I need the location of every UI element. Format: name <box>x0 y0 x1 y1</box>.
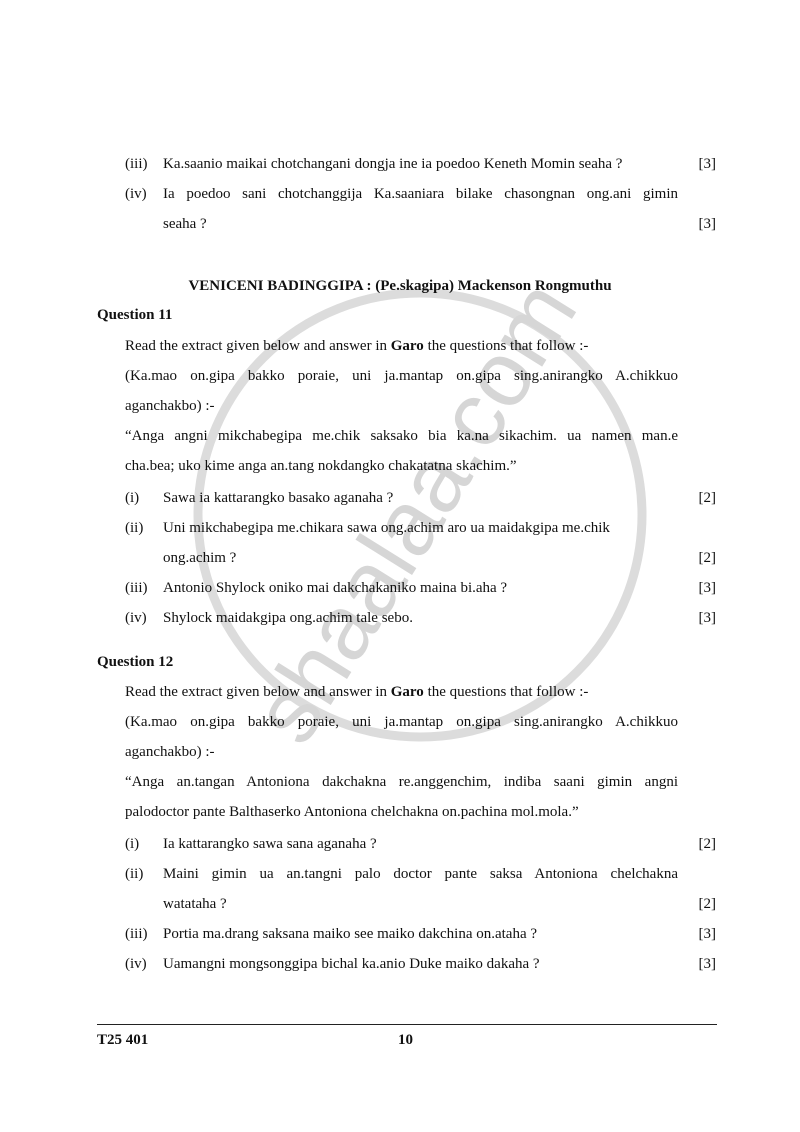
q12-instruction: Read the extract given below and answer … <box>125 682 678 702</box>
question-number: (ii) <box>125 518 143 538</box>
instruction-text: Read the extract given below and answer … <box>125 684 391 700</box>
paper-code: T25 401 <box>97 1030 148 1050</box>
q12-extract-cont: palodoctor pante Balthaserko Antoniona c… <box>125 802 678 822</box>
question-number: (iv) <box>125 954 147 974</box>
question-text-cont: watataha ? <box>163 894 227 914</box>
question-marks: [3] <box>699 578 717 598</box>
question-marks: [2] <box>699 548 717 568</box>
question-number: (ii) <box>125 864 143 884</box>
question-text: Antonio Shylock oniko mai dakchakaniko m… <box>163 578 507 598</box>
question-text: Sawa ia kattarangko basako aganaha ? <box>163 488 393 508</box>
q11-extract: “Anga angni mikchabegipa me.chik saksako… <box>125 426 678 446</box>
question-number: (iv) <box>125 184 147 204</box>
question-marks: [3] <box>699 924 717 944</box>
question-text: Uni mikchabegipa me.chikara sawa ong.ach… <box>163 518 610 538</box>
question-text: Maini gimin ua an.tangni palo doctor pan… <box>163 864 678 884</box>
question-number: (iii) <box>125 154 148 174</box>
question-text-cont: ong.achim ? <box>163 548 236 568</box>
q11-extract-cont: cha.bea; uko kime anga an.tang nokdangko… <box>125 456 678 476</box>
q12-note-cont: aganchakbo) :- <box>125 742 678 762</box>
question-text: Uamangni mongsonggipa bichal ka.anio Duk… <box>163 954 540 974</box>
question-marks: [3] <box>699 214 717 234</box>
q11-note: (Ka.mao on.gipa bakko poraie, uni ja.man… <box>125 366 678 386</box>
q12-extract: “Anga an.tangan Antoniona dakchakna re.a… <box>125 772 678 792</box>
question-number: (i) <box>125 834 139 854</box>
question-text: Ia poedoo sani chotchanggija Ka.saaniara… <box>163 184 678 204</box>
question-text: Ka.saanio maikai chotchangani dongja ine… <box>163 154 622 174</box>
instruction-text: the questions that follow :- <box>424 338 589 354</box>
question-number: (iv) <box>125 608 147 628</box>
q11-instruction: Read the extract given below and answer … <box>125 336 678 356</box>
question-11-title: Question 11 <box>97 305 172 325</box>
question-number: (i) <box>125 488 139 508</box>
question-text-cont: seaha ? <box>163 214 207 234</box>
question-12-title: Question 12 <box>97 652 173 672</box>
question-marks: [3] <box>699 954 717 974</box>
instruction-language: Garo <box>391 684 424 700</box>
page-number: 10 <box>398 1030 413 1050</box>
question-marks: [3] <box>699 154 717 174</box>
instruction-text: the questions that follow :- <box>424 684 589 700</box>
q11-note-cont: aganchakbo) :- <box>125 396 678 416</box>
q12-note: (Ka.mao on.gipa bakko poraie, uni ja.man… <box>125 712 678 732</box>
question-number: (iii) <box>125 578 148 598</box>
question-marks: [2] <box>699 894 717 914</box>
question-text: Shylock maidakgipa ong.achim tale sebo. <box>163 608 413 628</box>
question-marks: [2] <box>699 834 717 854</box>
footer-divider <box>97 1024 717 1025</box>
instruction-text: Read the extract given below and answer … <box>125 338 391 354</box>
section-heading: VENICENI BADINGGIPA : (Pe.skagipa) Macke… <box>0 276 800 296</box>
question-text: Portia ma.drang saksana maiko see maiko … <box>163 924 537 944</box>
instruction-language: Garo <box>391 338 424 354</box>
question-text: Ia kattarangko sawa sana aganaha ? <box>163 834 377 854</box>
question-marks: [2] <box>699 488 717 508</box>
question-marks: [3] <box>699 608 717 628</box>
question-number: (iii) <box>125 924 148 944</box>
